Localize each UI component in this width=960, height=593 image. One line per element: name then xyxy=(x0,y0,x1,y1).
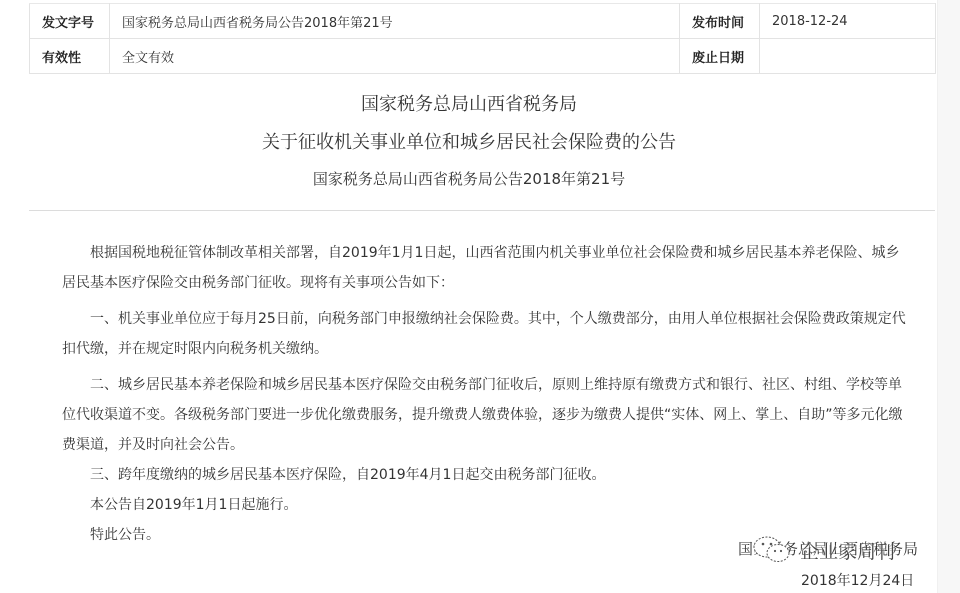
doc-number-label: 发文字号 xyxy=(30,4,110,39)
watermark-text: 企业家周刊 xyxy=(800,537,895,564)
document-title-block: 国家税务总局山西省税务局 关于征收机关事业单位和城乡居民社会保险费的公告 国家税… xyxy=(0,88,938,194)
body-paragraph-intro: 根据国税地税征管体制改革相关部署，自2019年1月1日起，山西省范围内机关事业单… xyxy=(62,238,912,298)
publish-date-label: 发布时间 xyxy=(680,4,760,39)
validity-value: 全文有效 xyxy=(110,39,680,74)
title-divider xyxy=(29,210,935,211)
title-issuer: 国家税务总局山西省税务局 xyxy=(0,88,938,122)
watermark: 企业家周刊 xyxy=(752,532,895,568)
body-paragraph-item-2: 二、城乡居民基本养老保险和城乡居民基本医疗保险交由税务部门征收后，原则上维持原有… xyxy=(62,370,912,460)
document-body: 根据国税地税征管体制改革相关部署，自2019年1月1日起，山西省范围内机关事业单… xyxy=(62,238,912,550)
meta-row-number-date: 发文字号 国家税务总局山西省税务局公告2018年第21号 发布时间 2018-1… xyxy=(30,4,936,39)
body-paragraph-item-3: 三、跨年度缴纳的城乡居民基本医疗保险，自2019年4月1日起交由税务部门征收。 xyxy=(62,460,912,490)
publish-date-value: 2018-12-24 xyxy=(760,4,936,39)
doc-number-value: 国家税务总局山西省税务局公告2018年第21号 xyxy=(110,4,680,39)
signature-date: 2018年12月24日 xyxy=(801,570,914,590)
meta-row-validity-expiry: 有效性 全文有效 废止日期 xyxy=(30,39,936,74)
document-meta-table: 发文字号 国家税务总局山西省税务局公告2018年第21号 发布时间 2018-1… xyxy=(29,3,936,74)
title-subject: 关于征收机关事业单位和城乡居民社会保险费的公告 xyxy=(0,126,938,160)
body-paragraph-item-1: 一、机关事业单位应于每月25日前，向税务部门申报缴纳社会保险费。其中，个人缴费部… xyxy=(62,304,912,364)
wechat-bubble-icon xyxy=(752,534,792,566)
validity-label: 有效性 xyxy=(30,39,110,74)
expiry-date-value xyxy=(760,39,936,74)
body-paragraph-effective: 本公告自2019年1月1日起施行。 xyxy=(62,490,912,520)
expiry-date-label: 废止日期 xyxy=(680,39,760,74)
title-doc-number: 国家税务总局山西省税务局公告2018年第21号 xyxy=(0,164,938,194)
page-gutter xyxy=(937,0,960,593)
